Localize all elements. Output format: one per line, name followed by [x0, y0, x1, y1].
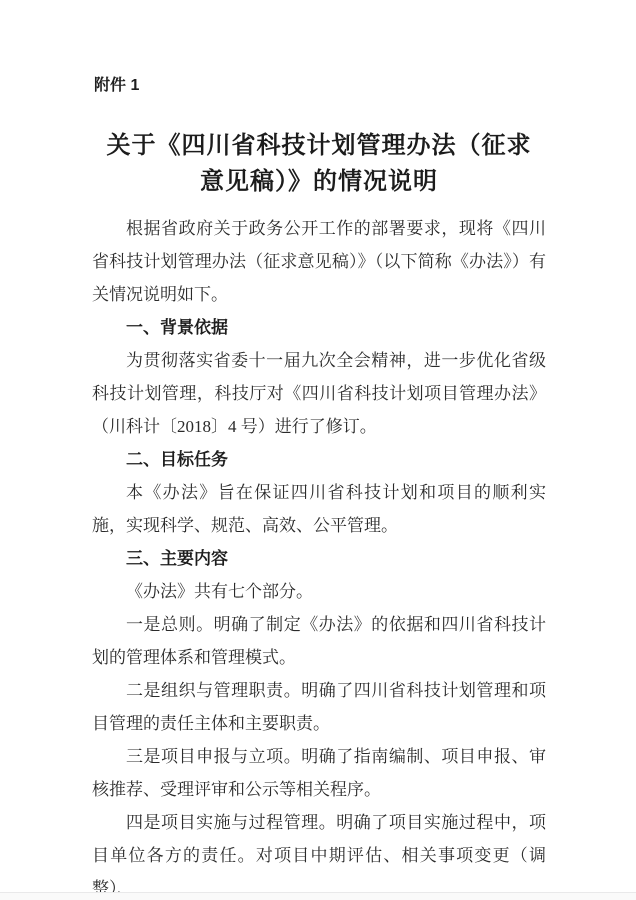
paragraph: 三是项目申报与立项。明确了指南编制、项目申报、审核推荐、受理评审和公示等相关程序…	[92, 740, 546, 806]
section-heading: 二、目标任务	[92, 443, 546, 476]
section-heading: 三、主要内容	[92, 542, 546, 575]
document-title-line-2: 意见稿）》的情况说明	[92, 164, 546, 200]
paragraph: 四是项目实施与过程管理。明确了项目实施过程中，项目单位各方的责任。对项目中期评估…	[92, 806, 546, 900]
paragraph: 为贯彻落实省委十一届九次全会精神，进一步优化省级科技计划管理，科技厅对《四川省科…	[92, 344, 546, 443]
document-body: 根据省政府关于政务公开工作的部署要求，现将《四川省科技计划管理办法（征求意见稿）…	[92, 212, 546, 900]
page-bottom-edge	[0, 892, 636, 900]
paragraph: 《办法》共有七个部分。	[92, 575, 546, 608]
attachment-label: 附件 1	[94, 76, 546, 96]
paragraph: 一是总则。明确了制定《办法》的依据和四川省科技计划的管理体系和管理模式。	[92, 608, 546, 674]
document-title: 关于《四川省科技计划管理办法（征求 意见稿）》的情况说明	[92, 128, 546, 200]
paragraph: 二是组织与管理职责。明确了四川省科技计划管理和项目管理的责任主体和主要职责。	[92, 674, 546, 740]
paragraph: 本《办法》旨在保证四川省科技计划和项目的顺利实施，实现科学、规范、高效、公平管理…	[92, 476, 546, 542]
document-page: 附件 1 关于《四川省科技计划管理办法（征求 意见稿）》的情况说明 根据省政府关…	[0, 0, 636, 900]
paragraph: 根据省政府关于政务公开工作的部署要求，现将《四川省科技计划管理办法（征求意见稿）…	[92, 212, 546, 311]
section-heading: 一、背景依据	[92, 311, 546, 344]
document-title-line-1: 关于《四川省科技计划管理办法（征求	[92, 128, 546, 164]
